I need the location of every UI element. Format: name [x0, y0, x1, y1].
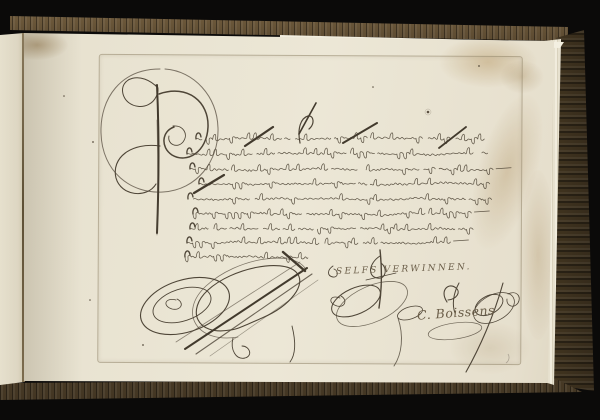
manuscript-page: SELFS VERWINNEN. C. Boissens: [0, 0, 600, 420]
photo-background: SELFS VERWINNEN. C. Boissens: [0, 0, 600, 420]
gutter-shadow: [24, 33, 82, 382]
